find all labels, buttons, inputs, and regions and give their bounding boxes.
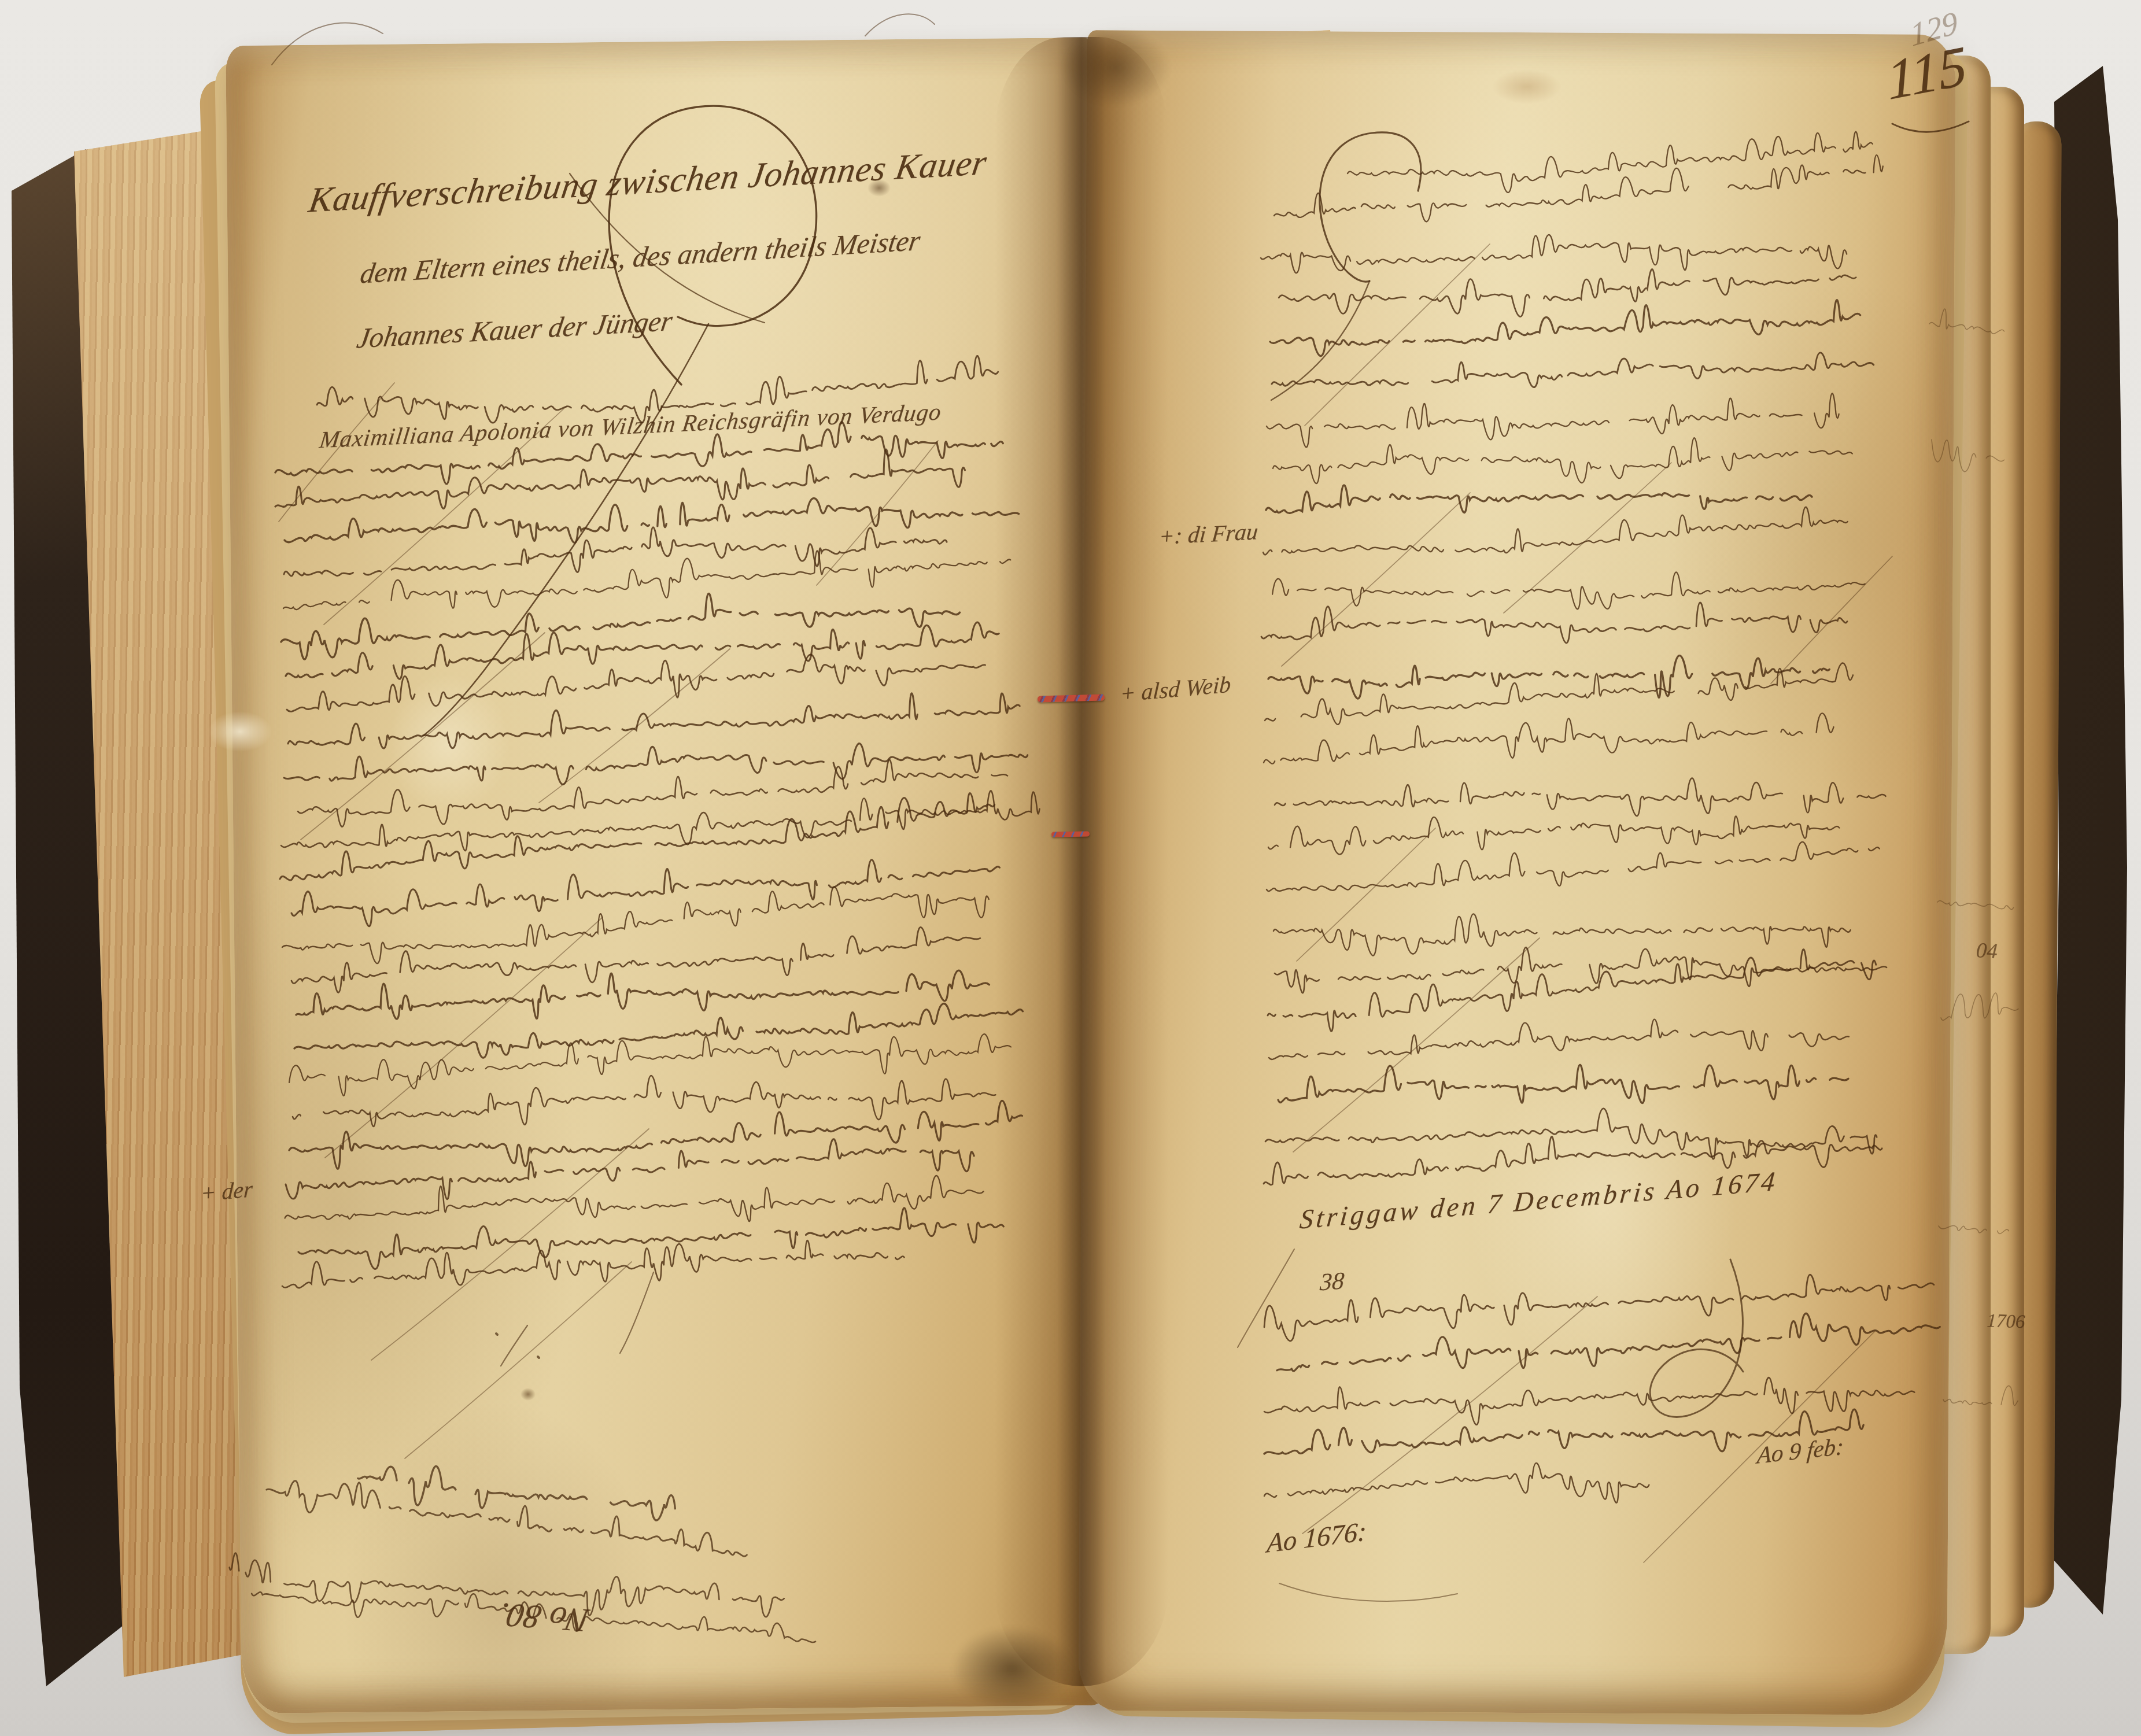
manuscript-photo: { "photo": { "description": "Open bound … <box>0 0 2141 1736</box>
ink-blot <box>521 1388 536 1401</box>
right-page <box>1078 30 1955 1715</box>
gutter-shadow <box>995 37 1168 1686</box>
paper-stain <box>1492 69 1562 104</box>
binding-thread <box>1051 831 1090 837</box>
left-margin-cross-note: + der <box>200 1175 253 1207</box>
gutter-top-shadow <box>1041 23 1191 121</box>
dateline-number: 38 <box>1319 1267 1345 1297</box>
fore-edge-number-top: 04 <box>1976 938 1998 964</box>
fore-edge-number-bottom: 1706 <box>1987 1310 2025 1333</box>
paper-stain <box>208 711 272 752</box>
right-margin-note-frau: +: di Frau <box>1158 518 1259 550</box>
gutter-bottom-shadow <box>925 1619 1099 1729</box>
